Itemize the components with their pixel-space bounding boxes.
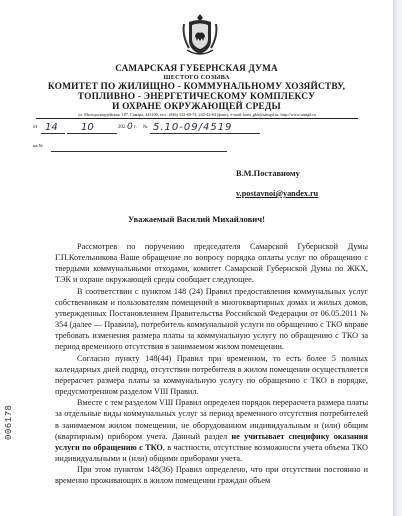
- date-from-label: от: [33, 125, 38, 130]
- letterhead-address: ул. Молодогвардейская, 187, Самара, 4431…: [36, 112, 358, 119]
- number-label: №: [143, 125, 148, 130]
- handwritten-reg-number: 5.10-09/4519: [153, 122, 232, 133]
- handwritten-month: 10: [81, 122, 94, 133]
- paragraph-3: Согласно пункту 148(44) Правил при време…: [55, 353, 368, 398]
- recipient-name: В.М.Поставному: [236, 169, 300, 178]
- coat-of-arms-icon: [181, 12, 219, 58]
- paragraph-4: Вместе с тем разделом VIII Правил опреде…: [55, 397, 368, 464]
- reply-to-label: на №: [33, 143, 43, 148]
- paragraph-5: При этом пунктом 148(36) Правил определе…: [55, 464, 368, 486]
- letter-body: Рассмотрев по поручению председателя Сам…: [55, 241, 368, 486]
- viewer-scrollbar[interactable]: [393, 0, 402, 516]
- committee-name-line-1: КОМИТЕТ ПО ЖИЛИЩНО - КОММУНАЛЬНОМУ ХОЗЯЙ…: [0, 82, 393, 92]
- incoming-stamp-number: 006178: [4, 405, 14, 440]
- recipient-email[interactable]: v.postavnoi@yandex.ru: [236, 189, 318, 198]
- paragraph-1: Рассмотрев по поручению председателя Сам…: [55, 241, 368, 286]
- salutation: Уважаемый Василий Михайлович!: [0, 214, 393, 224]
- letterhead-convocation: ШЕСТОГО СОЗЫВА: [0, 74, 393, 81]
- year-prefix: 202: [118, 125, 126, 130]
- letter-page: САМАРСКАЯ ГУБЕРНСКАЯ ДУМА ШЕСТОГО СОЗЫВА…: [0, 0, 393, 516]
- committee-name-line-3: И ОХРАНЕ ОКРУЖАЮЩЕЙ СРЕДЫ: [0, 102, 393, 112]
- handwritten-year-digit: 0: [127, 122, 133, 132]
- reply-to-underline: [51, 151, 227, 152]
- paragraph-2: В соответствии с пунктом 148 (24) Правил…: [55, 286, 368, 353]
- year-label: г.: [134, 125, 137, 130]
- handwritten-day: 14: [45, 122, 58, 133]
- letterhead-title: САМАРСКАЯ ГУБЕРНСКАЯ ДУМА: [0, 63, 393, 73]
- committee-name-line-2: ТОПЛИВНО - ЭНЕРГЕТИЧЕСКОМУ КОМПЛЕКСУ: [0, 92, 393, 102]
